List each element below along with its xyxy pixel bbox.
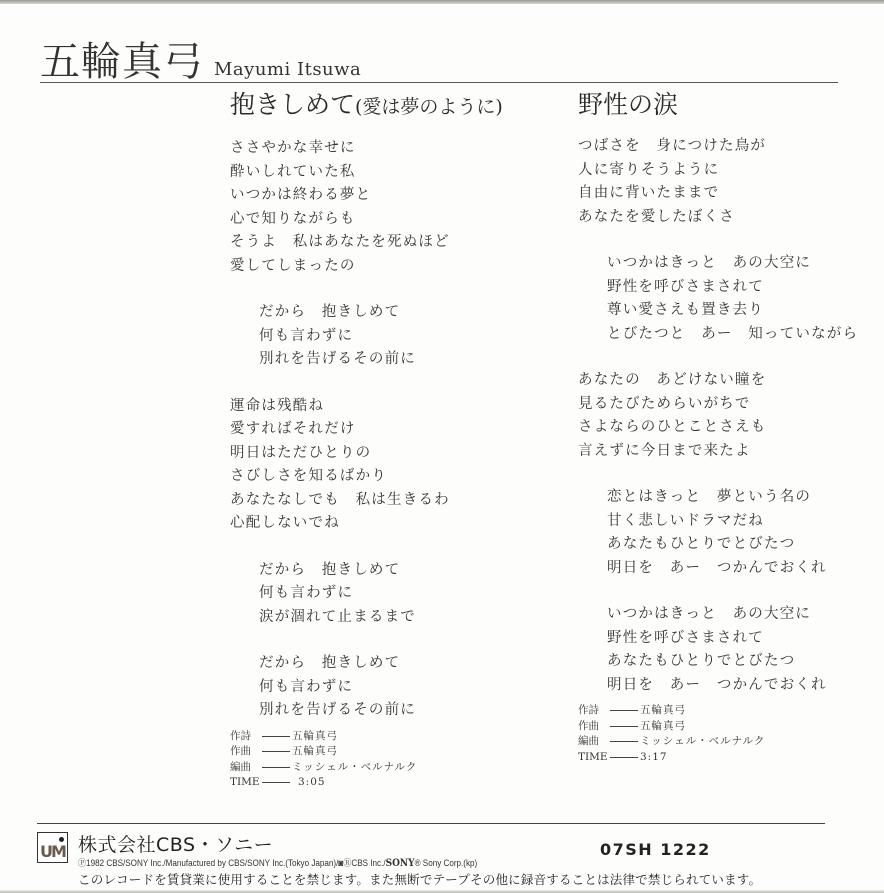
credit-value: ミッシェル・ベルナルク bbox=[640, 734, 765, 750]
credit-lyrics: 作詩五輪真弓 bbox=[578, 703, 858, 719]
credit-label: 作詩 bbox=[230, 729, 260, 745]
dash-rule bbox=[262, 782, 290, 783]
credit-music: 作曲五輪真弓 bbox=[230, 744, 503, 760]
catalog-number: 07SH 1222 bbox=[600, 840, 711, 859]
copyright-line: Ⓟ1982 CBS/SONY Inc./Manufactured by CBS/… bbox=[78, 856, 477, 869]
copyright-text: Ⓟ1982 CBS/SONY Inc./Manufactured by CBS/… bbox=[78, 858, 386, 868]
sleeve-top-edge bbox=[0, 0, 884, 4]
song-subtitle: (愛は夢のように) bbox=[355, 96, 503, 118]
song-title: 抱きしめて(愛は夢のように) bbox=[230, 91, 503, 121]
lyrics-block: つばさを 身につけた鳥が人に寄りそうように自由に背いたままであなたを愛したぼくさ… bbox=[578, 135, 858, 697]
lyric-line: あなたもひとりでとびたつ bbox=[578, 650, 858, 674]
dash-rule bbox=[610, 710, 638, 711]
credit-label: TIME bbox=[230, 775, 260, 791]
dash-rule bbox=[262, 736, 290, 737]
lyric-line: 愛してしまったの bbox=[230, 255, 503, 279]
song-title-main: 抱きしめて bbox=[230, 90, 355, 119]
lyric-line: 心で知りながらも bbox=[230, 208, 503, 232]
sony-brand: SONY bbox=[386, 858, 415, 869]
song-dakishimete: 抱きしめて(愛は夢のように) ささやかな幸せに酔いしれていた私いつかは終わる夢と… bbox=[230, 91, 503, 791]
lyric-line: 心配しないでね bbox=[230, 512, 503, 536]
song-credits: 作詩五輪真弓 作曲五輪真弓 編曲ミッシェル・ベルナルク TIME3:05 bbox=[230, 729, 503, 791]
lyric-line: 野性を呼びさまされて bbox=[578, 276, 858, 300]
lyric-line: だから 抱きしめて bbox=[230, 652, 503, 676]
stanza-gap bbox=[230, 536, 503, 559]
lyric-line: つばさを 身につけた鳥が bbox=[578, 135, 858, 159]
lyric-line: いつかは終わる夢と bbox=[230, 184, 503, 208]
lyric-line: 明日はただひとりの bbox=[230, 442, 503, 466]
credit-value: 五輪真弓 bbox=[292, 729, 338, 745]
lyric-line: あなたの あどけない瞳を bbox=[578, 369, 858, 393]
dash-rule bbox=[610, 741, 638, 742]
lyric-line: 恋とはきっと 夢という名の bbox=[578, 486, 858, 510]
header-divider bbox=[40, 82, 838, 83]
dash-rule bbox=[262, 751, 290, 752]
credit-label: 編曲 bbox=[578, 734, 608, 750]
company-name: 株式会社CBS・ソニー bbox=[78, 830, 273, 857]
credit-value: ミッシェル・ベルナルク bbox=[292, 760, 417, 776]
credit-label: 作曲 bbox=[578, 719, 608, 735]
lyric-line: だから 抱きしめて bbox=[230, 301, 503, 325]
song-credits: 作詩五輪真弓 作曲五輪真弓 編曲ミッシェル・ベルナルク TIME3:17 bbox=[578, 703, 858, 765]
song-yasei-no-namida: 野性の涙 つばさを 身につけた鳥が人に寄りそうように自由に背いたままであなたを愛… bbox=[578, 91, 858, 765]
lyric-line: さよならのひとことさえも bbox=[578, 416, 858, 440]
logo-text: UM bbox=[40, 844, 65, 860]
lyric-line: 自由に背いたままで bbox=[578, 182, 858, 206]
song-title-main: 野性の涙 bbox=[578, 90, 678, 119]
dash-rule bbox=[610, 726, 638, 727]
credit-music: 作曲五輪真弓 bbox=[578, 719, 858, 735]
artist-name-japanese: 五輪真弓 bbox=[40, 30, 204, 87]
stanza-gap bbox=[578, 580, 858, 603]
credit-value: 五輪真弓 bbox=[640, 719, 686, 735]
credit-arrangement: 編曲ミッシェル・ベルナルク bbox=[230, 760, 503, 776]
stanza-gap bbox=[578, 346, 858, 369]
credit-label: TIME bbox=[578, 750, 608, 766]
lyric-line: とびたつと あー 知っていながら bbox=[578, 323, 858, 347]
stanza-gap bbox=[230, 629, 503, 652]
artist-header: 五輪真弓 Mayumi Itsuwa bbox=[40, 30, 361, 87]
stanza-gap bbox=[578, 229, 858, 252]
song-title: 野性の涙 bbox=[578, 91, 858, 119]
credit-time: TIME3:17 bbox=[578, 750, 858, 766]
lyric-line: いつかはきっと あの大空に bbox=[578, 603, 858, 627]
credit-arrangement: 編曲ミッシェル・ベルナルク bbox=[578, 734, 858, 750]
lyric-line: あなたを愛したぼくさ bbox=[578, 206, 858, 230]
stanza-gap bbox=[578, 463, 858, 486]
artist-name-english: Mayumi Itsuwa bbox=[214, 59, 361, 80]
lyric-line: 涙が涸れて止まるまで bbox=[230, 606, 503, 630]
footer-divider bbox=[37, 823, 825, 824]
stanza-gap bbox=[230, 278, 503, 301]
credit-time: TIME3:05 bbox=[230, 775, 503, 791]
credit-label: 作曲 bbox=[230, 744, 260, 760]
dash-rule bbox=[610, 757, 638, 758]
lyric-line: 野性を呼びさまされて bbox=[578, 627, 858, 651]
credit-value: 五輪真弓 bbox=[640, 703, 686, 719]
logo-dot bbox=[59, 837, 64, 842]
lyric-line: 酔いしれていた私 bbox=[230, 161, 503, 185]
lyric-line: あなたもひとりでとびたつ bbox=[578, 533, 858, 557]
lyric-line: だから 抱きしめて bbox=[230, 559, 503, 583]
lyric-line: 明日を あー つかんでおくれ bbox=[578, 557, 858, 581]
lyric-line: さびしさを知るばかり bbox=[230, 465, 503, 489]
credit-value: 3:17 bbox=[640, 750, 668, 766]
lyrics-block: ささやかな幸せに酔いしれていた私いつかは終わる夢と心で知りながらもそうよ 私はあ… bbox=[230, 137, 503, 723]
lyric-line: 人に寄りそうように bbox=[578, 159, 858, 183]
legal-notice: このレコードを賃貸業に使用することを禁じます。また無断でテープその他に録音するこ… bbox=[78, 870, 761, 888]
lyric-line: 別れを告げるその前に bbox=[230, 699, 503, 723]
dash-rule bbox=[262, 767, 290, 768]
credit-value: 五輪真弓 bbox=[292, 744, 338, 760]
credit-label: 編曲 bbox=[230, 760, 260, 776]
lyric-line: そうよ 私はあなたを死ぬほど bbox=[230, 231, 503, 255]
lyric-line: あなたなしでも 私は生きるわ bbox=[230, 489, 503, 513]
lyric-line: 言えずに今日まで来たよ bbox=[578, 440, 858, 464]
credit-value: 3:05 bbox=[292, 775, 326, 791]
lyric-line: 何も言わずに bbox=[230, 582, 503, 606]
lyric-line: 何も言わずに bbox=[230, 676, 503, 700]
um-label-logo-icon: UM bbox=[37, 832, 68, 863]
lyric-line: 見るたびためらいがちで bbox=[578, 393, 858, 417]
lyric-line: 明日を あー つかんでおくれ bbox=[578, 674, 858, 698]
stanza-gap bbox=[230, 372, 503, 395]
lyric-line: ささやかな幸せに bbox=[230, 137, 503, 161]
lyric-line: 愛すればそれだけ bbox=[230, 418, 503, 442]
credit-lyrics: 作詩五輪真弓 bbox=[230, 729, 503, 745]
lyric-line: 別れを告げるその前に bbox=[230, 348, 503, 372]
lyric-line: いつかはきっと あの大空に bbox=[578, 252, 858, 276]
lyric-line: 甘く悲しいドラマだね bbox=[578, 510, 858, 534]
copyright-text-end: ® Sony Corp.(kp) bbox=[415, 858, 478, 868]
lyric-line: 運命は残酷ね bbox=[230, 395, 503, 419]
lyric-line: 尊い愛さえも置き去り bbox=[578, 299, 858, 323]
lyric-line: 何も言わずに bbox=[230, 325, 503, 349]
credit-label: 作詩 bbox=[578, 703, 608, 719]
